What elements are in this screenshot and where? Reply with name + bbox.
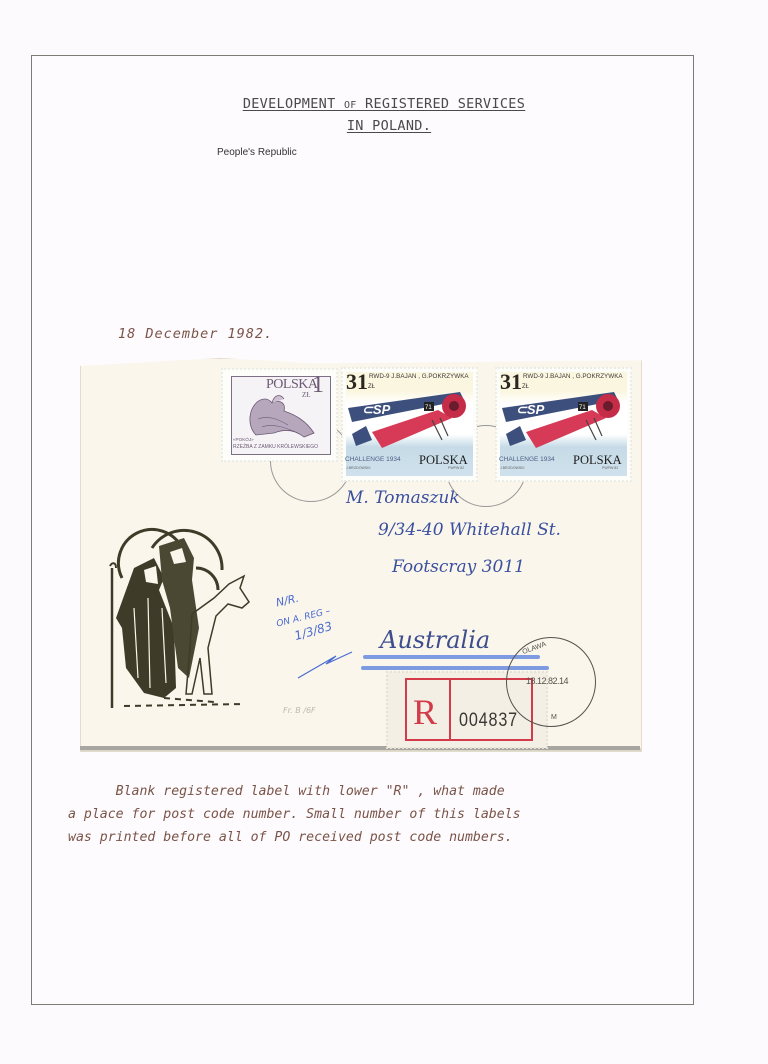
stamp-designer: J.BRODOWSKI [500,466,525,470]
registration-number: 004837 [459,710,518,732]
address-street: 9/34-40 Whitehall St. [378,520,561,540]
stamp-rwd9-1: ⊂SP 71 31 ZŁ RWD-9 J.BAJAN , G.POKRZYWKA… [342,368,477,481]
title-line-2: IN POLAND. [0,117,768,135]
postmark-letter: M [551,714,557,721]
stamp-bottom-text: CHALLENGE 1934 [345,456,401,463]
stamp-printer: PWPW 82 [448,466,464,470]
svg-text:⊂SP: ⊂SP [362,402,391,417]
svg-text:⊂SP: ⊂SP [516,402,545,417]
stamp-currency: ZŁ [522,384,529,390]
svg-text:71: 71 [425,405,432,411]
stamp-bottom-text: CHALLENGE 1934 [499,456,555,463]
svg-text:71: 71 [579,405,586,411]
stamp-printer: PWPW 82 [602,466,618,470]
cover-date: 18 December 1982. [118,326,273,342]
registration-letter: R [413,694,437,730]
stamp-top-text: RWD-9 J.BAJAN , G.POKRZYWKA [369,373,469,380]
annotation-scribble-icon [296,650,356,680]
stamp-designer: J.BRODOWSKI [346,466,371,470]
stamp-peace-1zl: POLSKA 1 ZŁ «POKÓJ» RZEŹBA Z ZAMKU KRÓLE… [222,369,337,461]
page-description: Blank registered label with lower "R" , … [68,780,628,849]
stamp-top-text: RWD-9 J.BAJAN , G.POKRZYWKA [523,373,623,380]
stamp-currency: ZŁ [368,384,375,390]
stamp-caption: RZEŹBA Z ZAMKU KRÓLEWSKIEGO [233,444,318,450]
stamp-value: 1 [312,373,324,397]
stamp-value: 31 [500,370,522,394]
postmark-date: 18.12.82.14 [526,676,568,686]
page-title: DEVELOPMENT OF REGISTERED SERVICES IN PO… [0,95,768,135]
address-city: Footscray 3011 [392,557,525,577]
registration-label-divider [449,680,451,739]
stamp-currency: ZŁ [302,391,311,399]
pencil-note: Fr. B /6F [283,705,316,717]
title-line-1: DEVELOPMENT OF REGISTERED SERVICES [243,96,525,112]
envelope-bottom-edge [80,746,640,750]
stamp-caption-title: «POKÓJ» [233,437,254,442]
holy-family-illustration-icon [104,518,254,718]
address-name: M. Tomaszuk [346,488,460,508]
stamp-value: 31 [346,370,368,394]
stamp-rwd9-2: ⊂SP 71 31 ZŁ RWD-9 J.BAJAN , G.POKRZYWKA… [496,368,631,481]
page-subtitle: People's Republic [217,147,297,158]
address-country: Australia [380,626,490,654]
